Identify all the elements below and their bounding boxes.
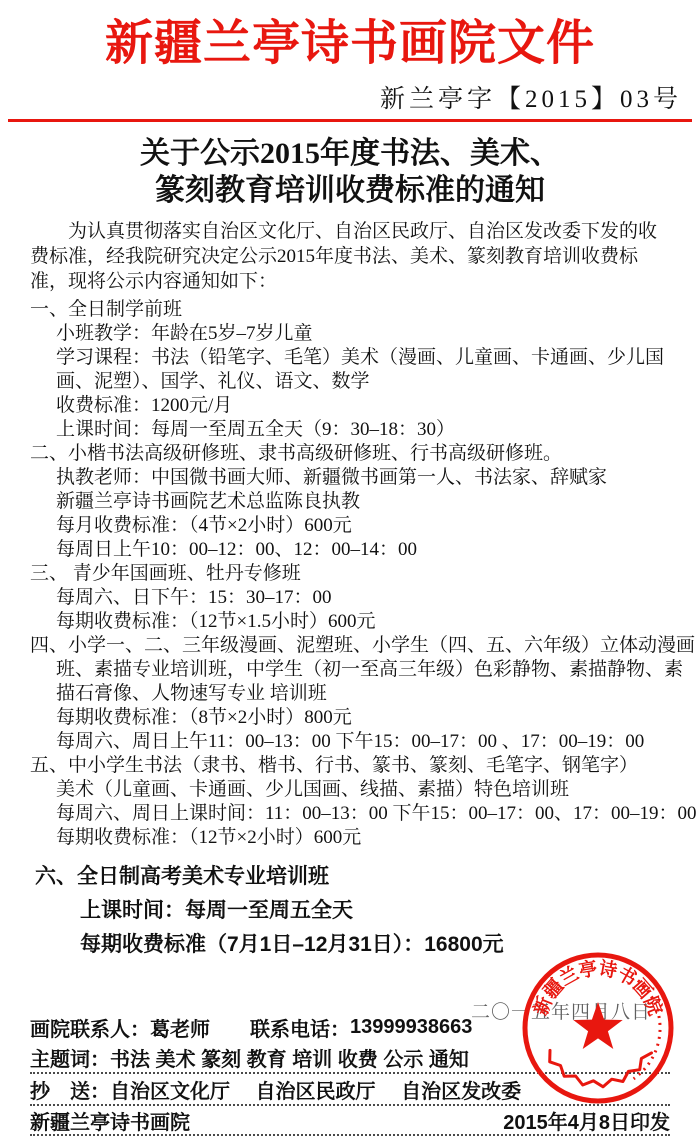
notice-section: 五、中小学生书法（隶书、楷书、行书、篆书、篆刻、毛笔字、钢笔字）美术（儿童画、卡… [30, 754, 700, 850]
doc-line: 美术（儿童画、卡通画、少儿国画、线描、素描）特色培训班 [30, 778, 700, 802]
doc-line: 一、全日制学前班 [30, 298, 700, 322]
doc-line: 执教老师：中国微书画大师、新疆微书画第一人、书法家、辞赋家 [30, 466, 700, 490]
notice-title-line2: 篆刻教育培训收费标准的通知 [0, 172, 700, 209]
issuer-name: 新疆兰亭诗书画院 [30, 1106, 190, 1135]
document-header-title: 新疆兰亭诗书画院文件 [0, 0, 700, 70]
notice-section: 六、全日制高考美术专业培训班上课时间：每周一至周五全天每期收费标准（7月1日–1… [30, 860, 700, 962]
notice-section: 三、 青少年国画班、牡丹专修班每周六、日下午：15：30–17：00每期收费标准… [30, 562, 700, 634]
official-document-page: 新疆兰亭诗书画院文件 新兰亭字【2015】03号 关于公示2015年度书法、美术… [0, 0, 700, 1136]
intro-line: 费标准，经我院研究决定公示2015年度书法、美术、篆刻教育培训收费标 [30, 244, 670, 269]
seal-star-icon [573, 1002, 622, 1049]
document-number: 新兰亭字【2015】03号 [0, 86, 700, 114]
notice-section: 一、全日制学前班小班教学：年龄在5岁–7岁儿童学习课程：书法（铅笔字、毛笔）美术… [30, 298, 700, 442]
doc-line: 每周日上午10：00–12：00、12：00–14：00 [30, 538, 700, 562]
doc-line: 每期收费标准：（12节×1.5小时）600元 [30, 610, 700, 634]
doc-line: 学习课程：书法（铅笔字、毛笔）美术（漫画、儿童画、卡通画、少儿国 [30, 346, 700, 370]
doc-line: 每期收费标准：（8节×2小时）800元 [30, 706, 700, 730]
doc-line: 班、素描专业培训班，中学生（初一至高三年级）色彩静物、素描静物、素 [30, 658, 700, 682]
doc-line: 每期收费标准：（12节×2小时）600元 [30, 826, 700, 850]
intro-paragraph: 为认真贯彻落实自治区文化厅、自治区民政厅、自治区发改委下发的收 费标准，经我院研… [30, 219, 670, 294]
doc-line: 每周六、周日上课时间：11：00–13：00 下午15：00–17：00、17：… [30, 802, 700, 826]
seal-graphic: 新疆兰亭诗书画院 [518, 948, 678, 1108]
intro-line: 为认真贯彻落实自治区文化厅、自治区民政厅、自治区发改委下发的收 [30, 219, 670, 244]
notice-section: 二、小楷书法高级研修班、隶书高级研修班、行书高级研修班。执教老师：中国微书画大师… [30, 442, 700, 562]
doc-line: 三、 青少年国画班、牡丹专修班 [30, 562, 700, 586]
print-date: 2015年4月8日印发 [503, 1106, 670, 1135]
doc-line: 每月收费标准：（4节×2小时）600元 [30, 514, 700, 538]
notice-title-line1: 关于公示2015年度书法、美术、 [0, 135, 700, 172]
notice-sections: 一、全日制学前班小班教学：年龄在5岁–7岁儿童学习课程：书法（铅笔字、毛笔）美术… [30, 298, 700, 962]
doc-line: 画、泥塑）、国学、礼仪、语文、数学 [30, 370, 700, 394]
contact-person: 葛老师 [150, 1013, 210, 1042]
doc-line: 四、小学一、二、三年级漫画、泥塑班、小学生（四、五、六年级）立体动漫画 [30, 634, 700, 658]
phone-label: 联系电话： [250, 1013, 350, 1042]
doc-line: 上课时间：每周一至周五全天 [30, 894, 700, 928]
notice-section: 四、小学一、二、三年级漫画、泥塑班、小学生（四、五、六年级）立体动漫画班、素描专… [30, 634, 700, 754]
doc-line: 二、小楷书法高级研修班、隶书高级研修班、行书高级研修班。 [30, 442, 700, 466]
doc-line: 收费标准：1200元/月 [30, 394, 700, 418]
phone-number: 13999938663 [350, 1016, 472, 1039]
doc-line: 每周六、周日上午11：00–13：00 下午15：00–17：00 、17：00… [30, 730, 700, 754]
intro-line: 准，现将公示内容通知如下： [30, 269, 670, 294]
doc-line: 新疆兰亭诗书画院艺术总监陈良执教 [30, 490, 700, 514]
red-divider-rule [8, 119, 692, 122]
doc-line: 小班教学：年龄在5岁–7岁儿童 [30, 322, 700, 346]
imprint-row: 新疆兰亭诗书画院 2015年4月8日印发 [30, 1106, 670, 1136]
doc-line: 六、全日制高考美术专业培训班 [30, 860, 700, 894]
doc-line: 描石膏像、人物速写专业 培训班 [30, 682, 700, 706]
seal-uyghur-script [550, 1050, 652, 1086]
doc-line: 五、中小学生书法（隶书、楷书、行书、篆书、篆刻、毛笔字、钢笔字） [30, 754, 700, 778]
contact-person-label: 画院联系人： [30, 1013, 150, 1042]
doc-line: 上课时间：每周一至周五全天（9：30–18：30） [30, 418, 700, 442]
doc-line: 每周六、日下午：15：30–17：00 [30, 586, 700, 610]
notice-title: 关于公示2015年度书法、美术、 篆刻教育培训收费标准的通知 [0, 135, 700, 209]
official-red-seal: 新疆兰亭诗书画院 [518, 948, 678, 1108]
